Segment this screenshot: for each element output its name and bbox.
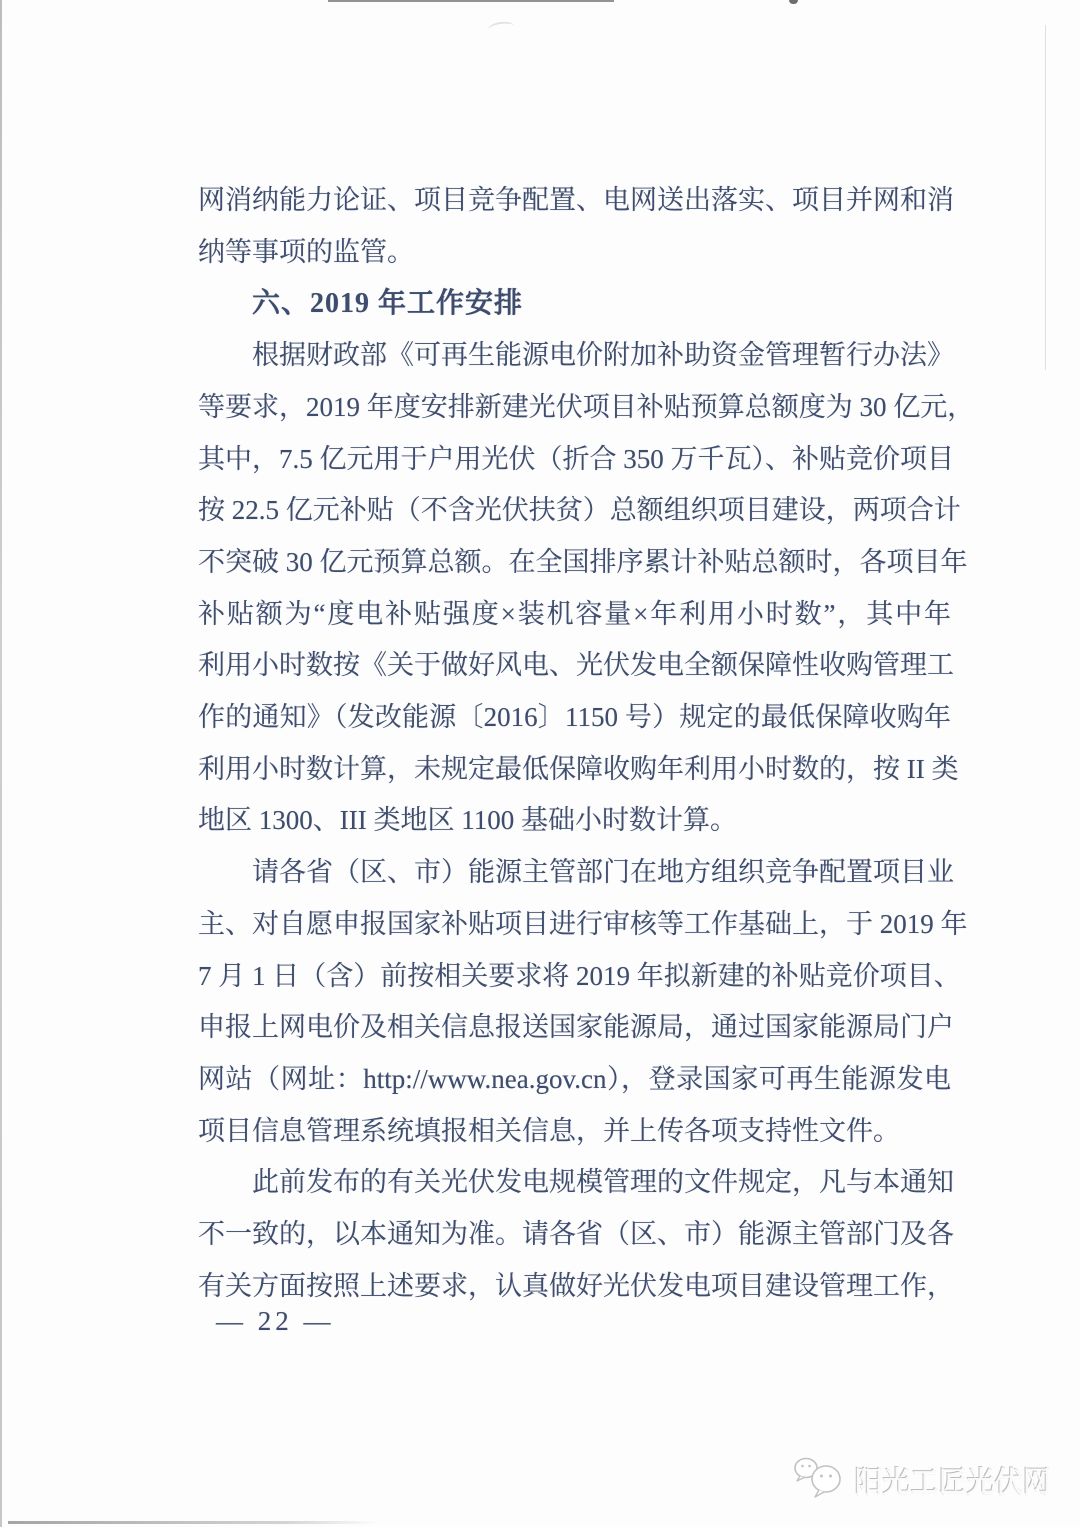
scan-artifact-bottom-edge bbox=[8, 1521, 378, 1524]
paragraph: 根据财政部《可再生能源电价附加补助资金管理暂行办法》等要求，2019 年度安排新… bbox=[198, 330, 951, 847]
section-heading: 六、2019 年工作安排 bbox=[198, 278, 951, 330]
document-body: 网消纳能力论证、项目竞争配置、电网送出落实、项目并网和消纳等事项的监管。六、20… bbox=[198, 175, 951, 1312]
text-line: 此前发布的有关光伏发电规模管理的文件规定，凡与本通知 bbox=[198, 1157, 951, 1209]
text-line: 纳等事项的监管。 bbox=[198, 227, 951, 279]
page-number: — 22 — bbox=[216, 1306, 335, 1337]
watermark: 阳光工匠光伏网 bbox=[793, 1455, 1051, 1504]
paragraph: 网消纳能力论证、项目竞争配置、电网送出落实、项目并网和消纳等事项的监管。 bbox=[198, 175, 951, 278]
text-line: 利用小时数按《关于做好风电、光伏发电全额保障性收购管理工 bbox=[198, 640, 951, 692]
text-line: 申报上网电价及相关信息报送国家能源局，通过国家能源局门户 bbox=[198, 1002, 951, 1054]
text-line: 有关方面按照上述要求，认真做好光伏发电项目建设管理工作， bbox=[198, 1261, 951, 1313]
scan-artifact-fold-line bbox=[1045, 25, 1046, 370]
paragraph: 请各省（区、市）能源主管部门在地方组织竞争配置项目业主、对自愿申报国家补贴项目进… bbox=[198, 847, 951, 1157]
text-line: 按 22.5 亿元补贴（不含光伏扶贫）总额组织项目建设，两项合计 bbox=[198, 485, 951, 537]
text-line: 补贴额为“度电补贴强度×装机容量×年利用小时数”，其中年 bbox=[198, 589, 951, 641]
text-line: 请各省（区、市）能源主管部门在地方组织竞争配置项目业 bbox=[198, 847, 951, 899]
scan-artifact-curl-mark bbox=[487, 20, 514, 36]
text-line: 7 月 1 日（含）前按相关要求将 2019 年拟新建的补贴竞价项目、 bbox=[198, 951, 951, 1003]
text-line: 根据财政部《可再生能源电价附加补助资金管理暂行办法》 bbox=[198, 330, 951, 382]
text-line: 主、对自愿申报国家补贴项目进行审核等工作基础上，于 2019 年 bbox=[198, 899, 951, 951]
text-line: 地区 1300、III 类地区 1100 基础小时数计算。 bbox=[198, 795, 951, 847]
watermark-label: 阳光工匠光伏网 bbox=[855, 1460, 1051, 1500]
paragraph: 此前发布的有关光伏发电规模管理的文件规定，凡与本通知不一致的，以本通知为准。请各… bbox=[198, 1157, 951, 1312]
scan-artifact-top-edge bbox=[328, 0, 614, 2]
text-line: 不突破 30 亿元预算总额。在全国排序累计补贴总额时，各项目年 bbox=[198, 537, 951, 589]
section: 六、2019 年工作安排 bbox=[198, 278, 951, 330]
text-line: 等要求，2019 年度安排新建光伏项目补贴预算总额度为 30 亿元， bbox=[198, 382, 951, 434]
text-line: 项目信息管理系统填报相关信息，并上传各项支持性文件。 bbox=[198, 1106, 951, 1158]
scanned-document-page: 网消纳能力论证、项目竞争配置、电网送出落实、项目并网和消纳等事项的监管。六、20… bbox=[0, 0, 1080, 1527]
text-line: 其中，7.5 亿元用于户用光伏（折合 350 万千瓦）、补贴竞价项目 bbox=[198, 434, 951, 486]
text-line: 不一致的，以本通知为准。请各省（区、市）能源主管部门及各 bbox=[198, 1209, 951, 1261]
scan-artifact-left-edge bbox=[0, 0, 2, 1527]
text-line: 作的通知》（发改能源〔2016〕1150 号）规定的最低保障收购年 bbox=[198, 692, 951, 744]
scan-artifact-top-dot bbox=[789, 0, 798, 4]
text-line: 利用小时数计算，未规定最低保障收购年利用小时数的，按 II 类 bbox=[198, 744, 951, 796]
text-line: 网消纳能力论证、项目竞争配置、电网送出落实、项目并网和消 bbox=[198, 175, 951, 227]
wechat-icon bbox=[793, 1455, 845, 1504]
text-line: 网站（网址：http://www.nea.gov.cn），登录国家可再生能源发电 bbox=[198, 1054, 951, 1106]
